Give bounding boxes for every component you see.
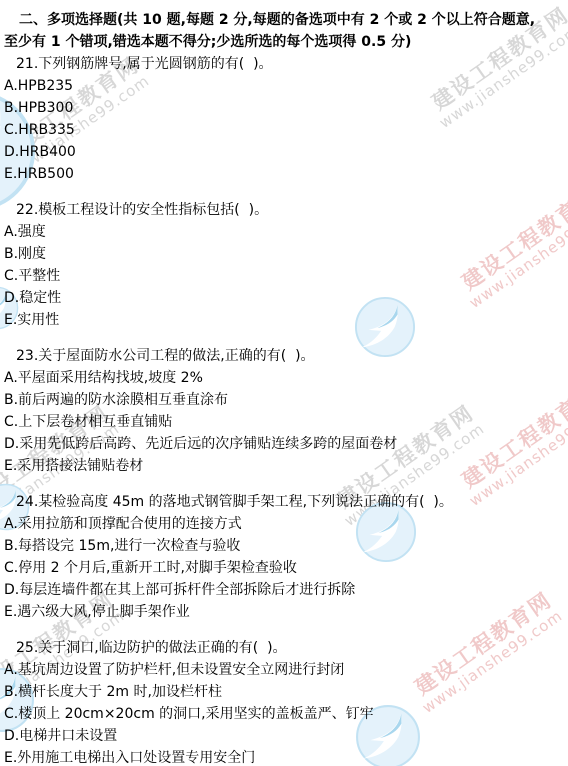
question-option: C.停用 2 个月后,重新开工时,对脚手架检查验收: [4, 557, 564, 579]
question-option: D.采用先低跨后高跨、先近后远的次序铺贴连续多跨的屋面卷材: [4, 433, 564, 455]
question-option: C.上下层卷材相互垂直铺贴: [4, 411, 564, 433]
question-text: 22.模板工程设计的安全性指标包括( )。: [4, 199, 564, 221]
question-option: D.电梯井口未设置: [4, 725, 564, 747]
question-option: D.稳定性: [4, 287, 564, 309]
question-text: 25.关于洞口,临边防护的做法正确的有( )。: [4, 637, 564, 659]
exam-content: 二、多项选择题(共 10 题,每题 2 分,每题的备选项中有 2 个或 2 个以…: [0, 0, 568, 766]
question-option: D.每层连墙件都在其上部可拆杆件全部拆除后才进行拆除: [4, 579, 564, 601]
question-option: A.平屋面采用结构找坡,坡度 2%: [4, 367, 564, 389]
question-21: 21.下列钢筋牌号,属于光圆钢筋的有( )。 A.HPB235 B.HPB300…: [4, 53, 564, 185]
exam-document-page: 建设工程教育网 www.jianshe99.com 建设工程教育网 www.ji…: [0, 0, 568, 766]
question-option: A.采用拉筋和顶撑配合使用的连接方式: [4, 513, 564, 535]
question-option: B.刚度: [4, 243, 564, 265]
question-option: B.前后两遍的防水涂膜相互垂直涂布: [4, 389, 564, 411]
question-option: C.平整性: [4, 265, 564, 287]
question-23: 23.关于屋面防水公司工程的做法,正确的有( )。 A.平屋面采用结构找坡,坡度…: [4, 345, 564, 477]
question-option: D.HRB400: [4, 141, 564, 163]
question-option: E.外用施工电梯出入口处设置专用安全门: [4, 747, 564, 766]
section-header-line2: 至少有 1 个错项,错选本题不得分;少选所选的每个选项得 0.5 分): [4, 31, 564, 53]
question-text: 24.某检验高度 45m 的落地式钢管脚手架工程,下列说法正确的有( )。: [4, 491, 564, 513]
question-option: B.横杆长度大于 2m 时,加设栏杆柱: [4, 681, 564, 703]
question-option: A.HPB235: [4, 75, 564, 97]
question-text: 23.关于屋面防水公司工程的做法,正确的有( )。: [4, 345, 564, 367]
question-option: C.HRB335: [4, 119, 564, 141]
question-option: C.楼顶上 20cm×20cm 的洞口,采用坚实的盖板盖严、钉牢: [4, 703, 564, 725]
question-option: E.实用性: [4, 309, 564, 331]
question-25: 25.关于洞口,临边防护的做法正确的有( )。 A.基坑周边设置了防护栏杆,但未…: [4, 637, 564, 766]
question-option: A.基坑周边设置了防护栏杆,但未设置安全立网进行封闭: [4, 659, 564, 681]
section-header-line1: 二、多项选择题(共 10 题,每题 2 分,每题的备选项中有 2 个或 2 个以…: [4, 9, 564, 31]
question-option: E.遇六级大风,停止脚手架作业: [4, 601, 564, 623]
question-option: B.每搭设完 15m,进行一次检查与验收: [4, 535, 564, 557]
question-text: 21.下列钢筋牌号,属于光圆钢筋的有( )。: [4, 53, 564, 75]
question-option: A.强度: [4, 221, 564, 243]
question-option: E.采用搭接法铺贴卷材: [4, 455, 564, 477]
question-22: 22.模板工程设计的安全性指标包括( )。 A.强度 B.刚度 C.平整性 D.…: [4, 199, 564, 331]
question-option: B.HPB300: [4, 97, 564, 119]
question-24: 24.某检验高度 45m 的落地式钢管脚手架工程,下列说法正确的有( )。 A.…: [4, 491, 564, 623]
question-option: E.HRB500: [4, 163, 564, 185]
